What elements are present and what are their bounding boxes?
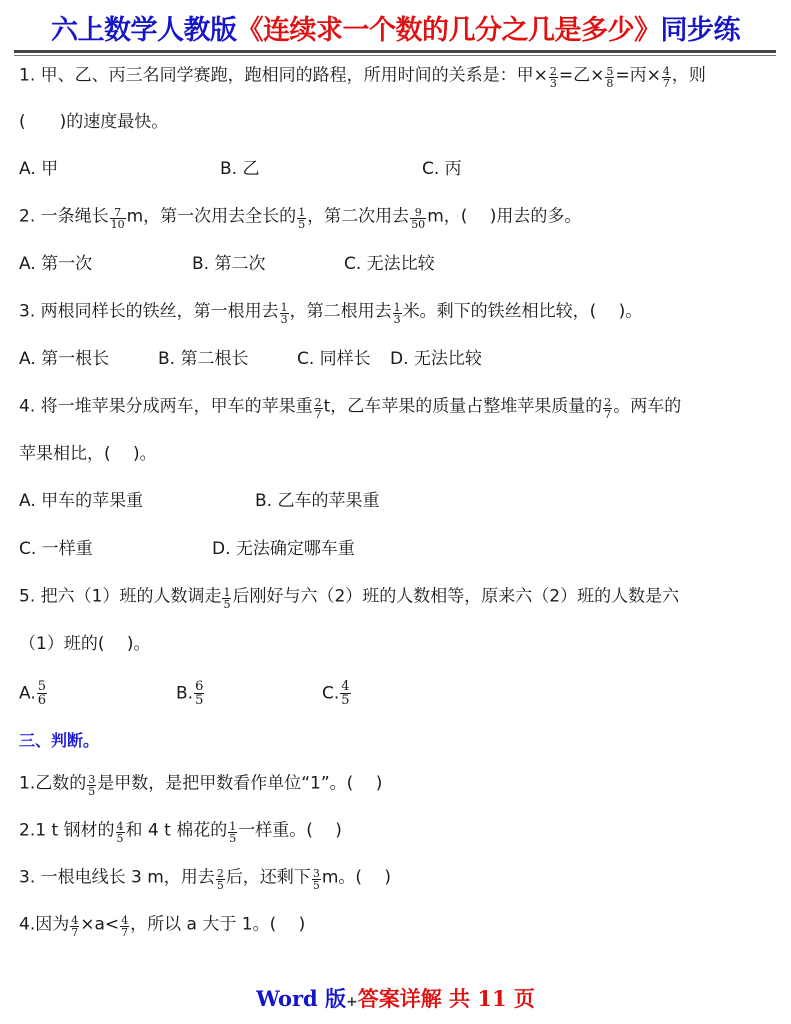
- question-text: 后刚好与六（2）班的人数相等，原来六（2）班的人数是六: [232, 587, 679, 607]
- footer-answers: 答案详解 共 11 页: [358, 986, 535, 1011]
- q4-option-c: C. 一样重: [19, 538, 93, 560]
- footer-word-version: Word 版: [256, 986, 346, 1011]
- judgment-3: 3. 一根电线长 3 m，用去25后，还剩下35m。( ): [19, 866, 391, 889]
- fraction: 58: [605, 66, 614, 89]
- judgment-1: 1.乙数的35是甲数，是把甲数看作单位“1”。( ): [19, 772, 382, 795]
- question-text: 。两车的: [613, 397, 681, 417]
- fraction: 45: [116, 821, 125, 844]
- judgment-4: 4.因为47×a<47，所以 a 大于 1。( ): [19, 913, 305, 936]
- question-1-line-2: ( )的速度最快。: [19, 111, 168, 133]
- fraction: 65: [194, 680, 204, 707]
- question-text: 4. 将一堆苹果分成两车，甲车的苹果重: [19, 397, 313, 417]
- fraction: 710: [110, 207, 126, 230]
- question-4: 4. 将一堆苹果分成两车，甲车的苹果重27t，乙车苹果的质量占整堆苹果质量的27…: [19, 395, 681, 418]
- fraction: 950: [410, 207, 426, 230]
- fraction: 35: [87, 774, 96, 797]
- question-text: m，第一次用去全长的: [127, 207, 297, 227]
- q4-option-a: A. 甲车的苹果重: [19, 490, 143, 512]
- page-title: 六上数学人教版《连续求一个数的几分之几是多少》同步练: [0, 8, 791, 47]
- header-divider-thick: [14, 50, 776, 53]
- q3-option-c: C. 同样长: [297, 348, 371, 370]
- fraction: 15: [297, 207, 306, 230]
- section-heading-judgment: 三、判断。: [19, 728, 99, 751]
- q4-option-d: D. 无法确定哪车重: [212, 538, 355, 560]
- q5-option-c: C.45: [322, 680, 352, 707]
- question-3: 3. 两根同样长的铁丝，第一根用去13，第二根用去13米。剩下的铁丝相比较，( …: [19, 300, 642, 323]
- footer-plus: +: [346, 994, 358, 1010]
- question-text: t，乙车苹果的质量占整堆苹果质量的: [324, 397, 603, 417]
- question-5: 5. 把六（1）班的人数调走15后刚好与六（2）班的人数相等，原来六（2）班的人…: [19, 585, 679, 608]
- question-5-line-2: （1）班的( )。: [19, 633, 150, 655]
- fraction: 56: [37, 680, 47, 707]
- question-text: 2. 一条绳长: [19, 207, 109, 227]
- q2-option-b: B. 第二次: [192, 253, 265, 275]
- fraction: 23: [549, 66, 558, 89]
- question-text: 米。剩下的铁丝相比较，( )。: [403, 302, 643, 322]
- fraction: 15: [222, 587, 231, 610]
- fraction: 13: [393, 302, 402, 325]
- q3-option-d: D. 无法比较: [390, 348, 482, 370]
- fraction: 45: [340, 680, 350, 707]
- q3-option-a: A. 第一根长: [19, 348, 109, 370]
- fraction: 27: [314, 397, 323, 420]
- q3-option-b: B. 第二根长: [158, 348, 248, 370]
- fraction: 13: [280, 302, 289, 325]
- fraction: 47: [662, 66, 671, 89]
- title-topic: 《连续求一个数的几分之几是多少》: [237, 15, 661, 46]
- question-text: ，第二次用去: [307, 207, 409, 227]
- question-text: =丙×: [615, 66, 661, 86]
- q4-option-b: B. 乙车的苹果重: [255, 490, 379, 512]
- question-4-line-2: 苹果相比，( )。: [19, 443, 157, 465]
- q5-option-a: A.56: [19, 680, 48, 707]
- question-2: 2. 一条绳长710m，第一次用去全长的15，第二次用去950m，( )用去的多…: [19, 205, 581, 228]
- q1-option-a: A. 甲: [19, 158, 58, 180]
- q1-option-b: B. 乙: [220, 158, 259, 180]
- title-prefix: 六上数学人教版: [51, 15, 237, 46]
- footer-banner: Word 版+答案详解 共 11 页: [0, 983, 791, 1013]
- question-1: 1. 甲、乙、丙三名同学赛跑，跑相同的路程，所用时间的关系是：甲×23=乙×58…: [19, 64, 706, 87]
- fraction: 35: [312, 868, 321, 891]
- question-text: 3. 两根同样长的铁丝，第一根用去: [19, 302, 279, 322]
- judgment-2: 2.1 t 钢材的45和 4 t 棉花的15一样重。( ): [19, 819, 342, 842]
- question-text: =乙×: [559, 66, 605, 86]
- question-text: ，则: [672, 66, 706, 86]
- header-divider-thin: [14, 55, 776, 56]
- q2-option-c: C. 无法比较: [344, 253, 435, 275]
- fraction: 25: [216, 868, 225, 891]
- fraction: 47: [70, 915, 79, 938]
- q2-option-a: A. 第一次: [19, 253, 92, 275]
- question-text: m，( )用去的多。: [427, 207, 581, 227]
- q1-option-c: C. 丙: [422, 158, 462, 180]
- title-suffix: 同步练: [661, 15, 741, 46]
- question-text: 5. 把六（1）班的人数调走: [19, 587, 221, 607]
- fraction: 47: [120, 915, 129, 938]
- question-text: 1. 甲、乙、丙三名同学赛跑，跑相同的路程，所用时间的关系是：甲×: [19, 66, 548, 86]
- fraction: 15: [228, 821, 237, 844]
- q5-option-b: B.65: [176, 680, 205, 707]
- fraction: 27: [603, 397, 612, 420]
- question-text: ，第二根用去: [290, 302, 392, 322]
